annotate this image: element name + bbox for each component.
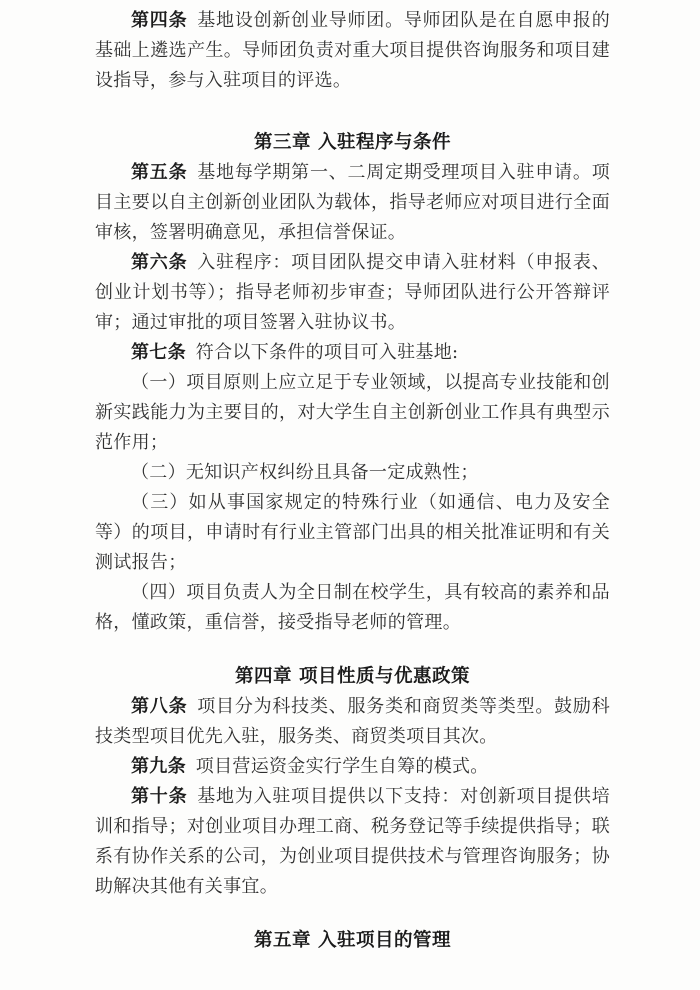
article-number: 第七条 <box>131 342 186 363</box>
article-number: 第九条 <box>131 756 186 777</box>
article-text: 项目营运资金实行学生自筹的模式。 <box>196 756 489 777</box>
article-number: 第四条 <box>131 10 187 31</box>
article-paragraph: 第十条基地为入驻项目提供以下支持：对创新项目提供培训和指导；对创业项目办理工商、… <box>95 782 610 902</box>
article-number: 第十条 <box>131 786 187 807</box>
article-paragraph: 第九条项目营运资金实行学生自筹的模式。 <box>95 752 610 782</box>
clause-item: （四）项目负责人为全日制在校学生，具有较高的素养和品格，懂政策，重信誉，接受指导… <box>95 578 610 638</box>
article-number: 第八条 <box>131 696 187 717</box>
clause-item: （二）无知识产权纠纷且具备一定成熟性； <box>95 458 610 488</box>
chapter-heading: 第五章 入驻项目的管理 <box>95 926 610 956</box>
document-page: 第四条基地设创新创业导师团。导师团队是在自愿申报的基础上遴选产生。导师团负责对重… <box>0 0 700 990</box>
article-number: 第五条 <box>131 162 187 183</box>
clause-item: （一）项目原则上应立足于专业领域，以提高专业技能和创新实践能力为主要目的，对大学… <box>95 368 610 458</box>
article-paragraph: 第四条基地设创新创业导师团。导师团队是在自愿申报的基础上遴选产生。导师团负责对重… <box>95 6 610 96</box>
article-paragraph: 第八条项目分为科技类、服务类和商贸类等类型。鼓励科技类型项目优先入驻，服务类、商… <box>95 692 610 752</box>
chapter-heading: 第三章 入驻程序与条件 <box>95 128 610 158</box>
article-paragraph: 第六条入驻程序：项目团队提交申请入驻材料（申报表、创业计划书等）；指导老师初步审… <box>95 248 610 338</box>
article-paragraph: 第七条符合以下条件的项目可入驻基地: <box>95 338 610 368</box>
article-paragraph: 第五条基地每学期第一、二周定期受理项目入驻申请。项目主要以自主创新创业团队为载体… <box>95 158 610 248</box>
article-number: 第六条 <box>131 252 187 273</box>
clause-item: （三）如从事国家规定的特殊行业（如通信、电力及安全等）的项目，申请时有行业主管部… <box>95 488 610 578</box>
chapter-heading: 第四章 项目性质与优惠政策 <box>95 662 610 692</box>
article-text: 符合以下条件的项目可入驻基地: <box>196 342 459 363</box>
